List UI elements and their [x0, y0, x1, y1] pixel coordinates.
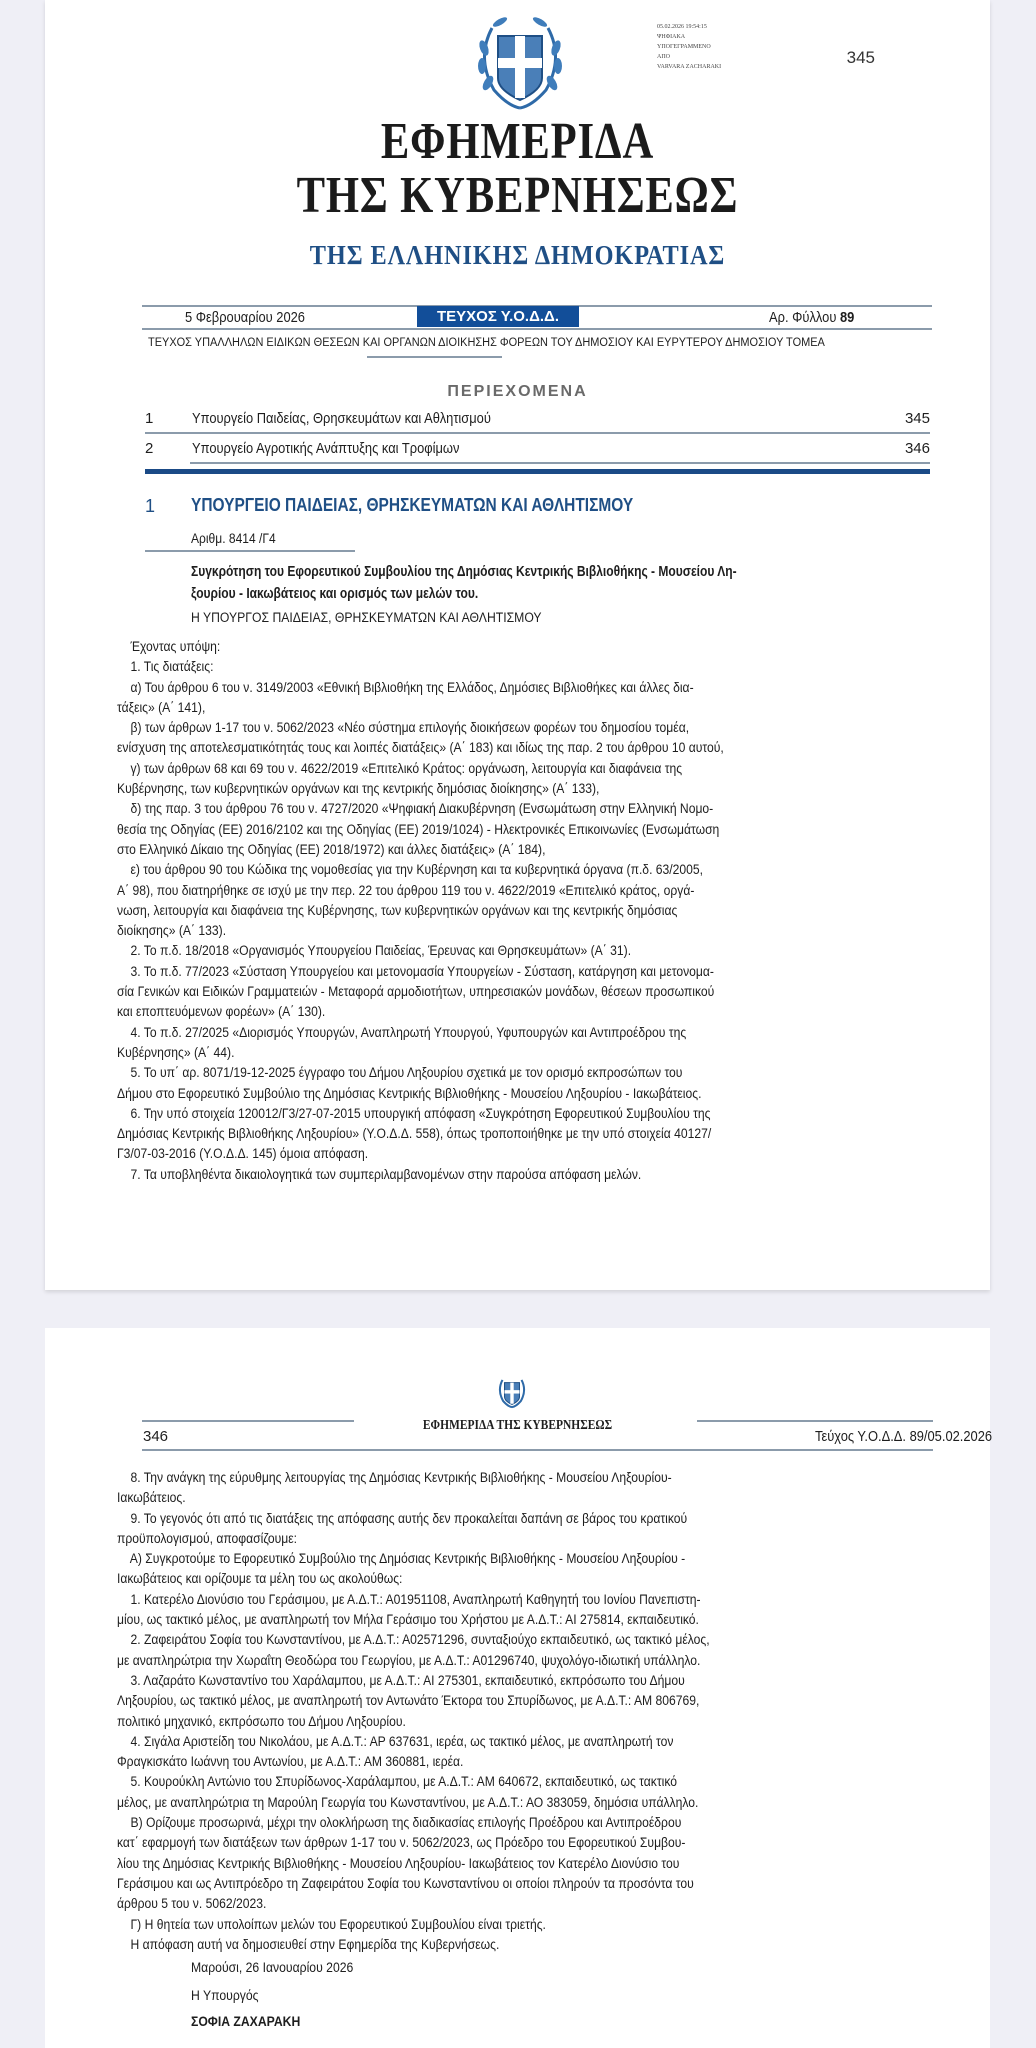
body-line: άρθρου 5 του ν. 5062/2023.	[117, 1894, 827, 1914]
issue-series-label: ΤΕΥΧΟΣ Υ.Ο.Δ.Δ.	[437, 308, 559, 325]
body-line: με αναπληρώτρια την Χωραΐτη Θεοδώρα του …	[117, 1651, 827, 1671]
body-line: τάξεις» (Α΄ 141),	[117, 698, 827, 718]
signature-line: ΨΗΦΙΑΚΑ	[657, 32, 721, 42]
body-line: Κυβέρνησης» (Α΄ 44).	[117, 1043, 827, 1063]
body-line: 4. Το π.δ. 27/2025 «Διορισμός Υπουργών, …	[117, 1023, 827, 1043]
contents-item-page: 345	[905, 410, 930, 427]
body-line: Ληξουρίου, ως τακτικό μέλος, με αναπληρω…	[117, 1691, 827, 1711]
body-line: 8. Την ανάγκη της εύρυθμης λειτουργίας τ…	[117, 1468, 827, 1488]
issuing-authority: Η ΥΠΟΥΡΓΟΣ ΠΑΙΔΕΙΑΣ, ΘΡΗΣΚΕΥΜΑΤΩΝ ΚΑΙ ΑΘ…	[191, 610, 542, 626]
body-line: δ) της παρ. 3 του άρθρου 76 του ν. 4727/…	[117, 799, 827, 819]
sheet-label-text: Αρ. Φύλλου	[769, 309, 836, 326]
issue-subtitle: ΤΕΥΧΟΣ ΥΠΑΛΛΗΛΩΝ ΕΙΔΙΚΩΝ ΘΕΣΕΩΝ ΚΑΙ ΟΡΓΑ…	[148, 335, 825, 349]
gazette-page-346: 346 ΕΦΗΜΕΡΙΔΑ ΤΗΣ ΚΥΒΕΡΝΗΣΕΩΣ Τεύχος Υ.Ο…	[45, 1328, 990, 2048]
body-line: θεσία της Οδηγίας (ΕΕ) 2016/2102 και της…	[117, 820, 827, 840]
body-line: Έχοντας υπόψη:	[117, 637, 827, 657]
body-line: Ιακωβάτειος και ορίζουμε τα μέλη του ως …	[117, 1569, 827, 1589]
contents-item-number: 1	[145, 410, 153, 427]
body-line: 5. Κουρούκλη Αντώνιο του Σπυρίδωνος-Χαρά…	[117, 1772, 827, 1792]
greek-coat-of-arms-icon	[470, 8, 570, 113]
issue-date: 5 Φεβρουαρίου 2026	[185, 309, 305, 326]
digital-signature-stamp: 05.02.2026 19:54:15 ΨΗΦΙΑΚΑ ΥΠΟΓΕΓΡΑΜΜΕΝ…	[657, 22, 721, 72]
body-line: 9. Το γεγονός ότι από τις διατάξεις της …	[117, 1509, 827, 1529]
divider	[142, 1449, 933, 1451]
signature-timestamp: 05.02.2026 19:54:15	[657, 22, 721, 32]
body-line: 1. Κατερέλο Διονύσιο του Γεράσιμου, με Α…	[117, 1590, 827, 1610]
body-line: ενίσχυση της αποτελεσματικότητάς τους κα…	[117, 738, 827, 758]
body-line: διοίκησης» (Α΄ 133).	[117, 921, 827, 941]
section-divider	[145, 469, 930, 474]
decision-body-page2: 8. Την ανάγκη της εύρυθμης λειτουργίας τ…	[117, 1468, 827, 1955]
issue-reference: Τεύχος Υ.Ο.Δ.Δ. 89/05.02.2026	[815, 1428, 996, 1445]
body-line: 6. Την υπό στοιχεία 120012/Γ3/27-07-2015…	[117, 1104, 827, 1124]
masthead-title-line2: ΤΗΣ ΚΥΒΕΡΝΗΣΕΩΣ	[130, 166, 905, 225]
gazette-page-345: 05.02.2026 19:54:15 ΨΗΦΙΑΚΑ ΥΠΟΓΕΓΡΑΜΜΕΝ…	[45, 0, 990, 1290]
body-line: Β) Ορίζουμε προσωρινά, μέχρι την ολοκλήρ…	[117, 1813, 827, 1833]
body-line: 2. Ζαφειράτου Σοφία του Κωνσταντίνου, με…	[117, 1630, 827, 1650]
issue-series-badge: ΤΕΥΧΟΣ Υ.Ο.Δ.Δ.	[417, 306, 579, 327]
masthead-title-line1: ΕΦΗΜΕΡΙΔΑ	[130, 112, 905, 171]
body-line: 4. Σιγάλα Αριστείδη του Νικολάου, με Α.Δ…	[117, 1732, 827, 1752]
decision-subject: Συγκρότηση του Εφορευτικού Συμβουλίου τη…	[191, 561, 737, 605]
section-title: ΥΠΟΥΡΓΕΙΟ ΠΑΙΔΕΙΑΣ, ΘΡΗΣΚΕΥΜΑΤΩΝ ΚΑΙ ΑΘΛ…	[191, 495, 633, 516]
body-line: 3. Λαζαράτο Κωνσταντίνο του Χαράλαμπου, …	[117, 1671, 827, 1691]
body-line: α) Του άρθρου 6 του ν. 3149/2003 «Εθνική…	[117, 678, 827, 698]
running-title: ΕΦΗΜΕΡΙΔΑ ΤΗΣ ΚΥΒΕΡΝΗΣΕΩΣ	[130, 1418, 905, 1434]
body-line: Δήμου στο Εφορευτικό Συμβούλιο της Δημόσ…	[117, 1084, 827, 1104]
sheet-number-value: 89	[840, 309, 854, 326]
greek-coat-of-arms-icon	[495, 1372, 529, 1410]
contents-item[interactable]: 1 Υπουργείο Παιδείας, Θρησκευμάτων και Α…	[145, 406, 930, 432]
body-line: 7. Τα υποβληθέντα δικαιολογητικά των συμ…	[117, 1165, 827, 1185]
body-line: κατ΄ εφαρμογή των διατάξεων των άρθρων 1…	[117, 1833, 827, 1853]
body-line: σία Γενικών και Ειδικών Γραμματειών - Με…	[117, 982, 827, 1002]
body-line: Κυβέρνησης, των κυβερνητικών οργάνων και…	[117, 779, 827, 799]
divider	[367, 356, 502, 358]
signature-line: ΥΠΟΓΕΓΡΑΜΜΕΝΟ	[657, 42, 721, 52]
masthead-subtitle: ΤΗΣ ΕΛΛΗΝΙΚΗΣ ΔΗΜΟΚΡΑΤΙΑΣ	[92, 240, 943, 271]
body-line: Α) Συγκροτούμε το Εφορευτικό Συμβούλιο τ…	[117, 1549, 827, 1569]
body-line: Γ3/07-03-2016 (Υ.Ο.Δ.Δ. 145) όμοια απόφα…	[117, 1144, 827, 1164]
body-line: Γ) Η θητεία των υπολοίπων μελών του Εφορ…	[117, 1915, 827, 1935]
body-line: νωση, λειτουργία και διαφάνεια της Κυβέρ…	[117, 901, 827, 921]
body-line: 3. Το π.δ. 77/2023 «Σύσταση Υπουργείου κ…	[117, 962, 827, 982]
contents-item[interactable]: 2 Υπουργείο Αγροτικής Ανάπτυξης και Τροφ…	[145, 436, 930, 462]
body-line: Φραγκισκάτο Ιωάννη του Αντωνίου, με Α.Δ.…	[117, 1752, 827, 1772]
sheet-number: Αρ. Φύλλου 89	[769, 309, 868, 326]
body-line: Η απόφαση αυτή να δημοσιευθεί στην Εφημε…	[117, 1935, 827, 1955]
body-line: Γεράσιμου και ως Αντιπρόεδρο τη Ζαφειράτ…	[117, 1874, 827, 1894]
body-line: Α΄ 98), που διατηρήθηκε σε ισχύ με την π…	[117, 881, 827, 901]
section-number: 1	[145, 496, 155, 517]
page-number: 345	[847, 48, 875, 68]
body-line: β) των άρθρων 1-17 του ν. 5062/2023 «Νέο…	[117, 718, 827, 738]
decision-subject-line: ξουρίου - Ιακωβάτειος και ορισμός των με…	[191, 583, 737, 605]
divider	[145, 550, 355, 552]
contents-item-number: 2	[145, 440, 153, 457]
divider	[145, 432, 930, 434]
decision-reference: Αριθμ. 8414 /Γ4	[191, 530, 276, 546]
body-line: λίου της Δημόσιας Κεντρικής Βιβλιοθήκης …	[117, 1854, 827, 1874]
signatory-name: ΣΟΦΙΑ ΖΑΧΑΡΑΚΗ	[191, 2014, 300, 2030]
contents-heading: ΠΕΡΙΕΧΟΜΕΝΑ	[45, 383, 990, 401]
decision-body-page1: Έχοντας υπόψη: 1. Τις διατάξεις: α) Του …	[117, 637, 827, 1185]
sheet-label: Αρ. Φύλλου 89	[769, 309, 854, 326]
decision-subject-line: Συγκρότηση του Εφορευτικού Συμβουλίου τη…	[191, 561, 737, 583]
body-line: Ιακωβάτειος.	[117, 1488, 827, 1508]
body-line: μίου, ως τακτικό μέλος, με αναπληρωτή το…	[117, 1610, 827, 1630]
body-line: μέλος, με αναπληρώτρια τη Μαρούλη Γεωργί…	[117, 1793, 827, 1813]
body-line: και εποπτευόμενων φορέων» (Α΄ 130).	[117, 1002, 827, 1022]
body-line: ε) του άρθρου 90 του Κώδικα της νομοθεσί…	[117, 860, 827, 880]
body-line: στο Ελληνικό Δίκαιο της Οδηγίας (ΕΕ) 201…	[117, 840, 827, 860]
contents-item-page: 346	[905, 440, 930, 457]
signatory-role: Η Υπουργός	[191, 1988, 259, 2004]
divider	[190, 462, 930, 464]
body-line: Δημόσιας Κεντρικής Βιβλιοθήκης Ληξουρίου…	[117, 1124, 827, 1144]
divider	[142, 328, 932, 330]
body-line: γ) των άρθρων 68 και 69 του ν. 4622/2019…	[117, 759, 827, 779]
body-line: 1. Τις διατάξεις:	[117, 657, 827, 677]
contents-item-title[interactable]: Υπουργείο Παιδείας, Θρησκευμάτων και Αθλ…	[192, 410, 491, 427]
signature-line: ΑΠΟ	[657, 52, 721, 62]
signature-signer: VARVARA ZACHARAKI	[657, 62, 721, 72]
body-line: προϋπολογισμού, αποφασίζουμε:	[117, 1529, 827, 1549]
body-line: 5. Το υπ΄ αρ. 8071/19-12-2025 έγγραφο το…	[117, 1063, 827, 1083]
body-line: 2. Το π.δ. 18/2018 «Οργανισμός Υπουργείο…	[117, 941, 827, 961]
signing-place-date: Μαρούσι, 26 Ιανουαρίου 2026	[191, 1960, 353, 1976]
body-line: πολιτικό μηχανικό, εκπρόσωπο του Δήμου Λ…	[117, 1712, 827, 1732]
contents-item-title[interactable]: Υπουργείο Αγροτικής Ανάπτυξης και Τροφίμ…	[192, 440, 459, 457]
